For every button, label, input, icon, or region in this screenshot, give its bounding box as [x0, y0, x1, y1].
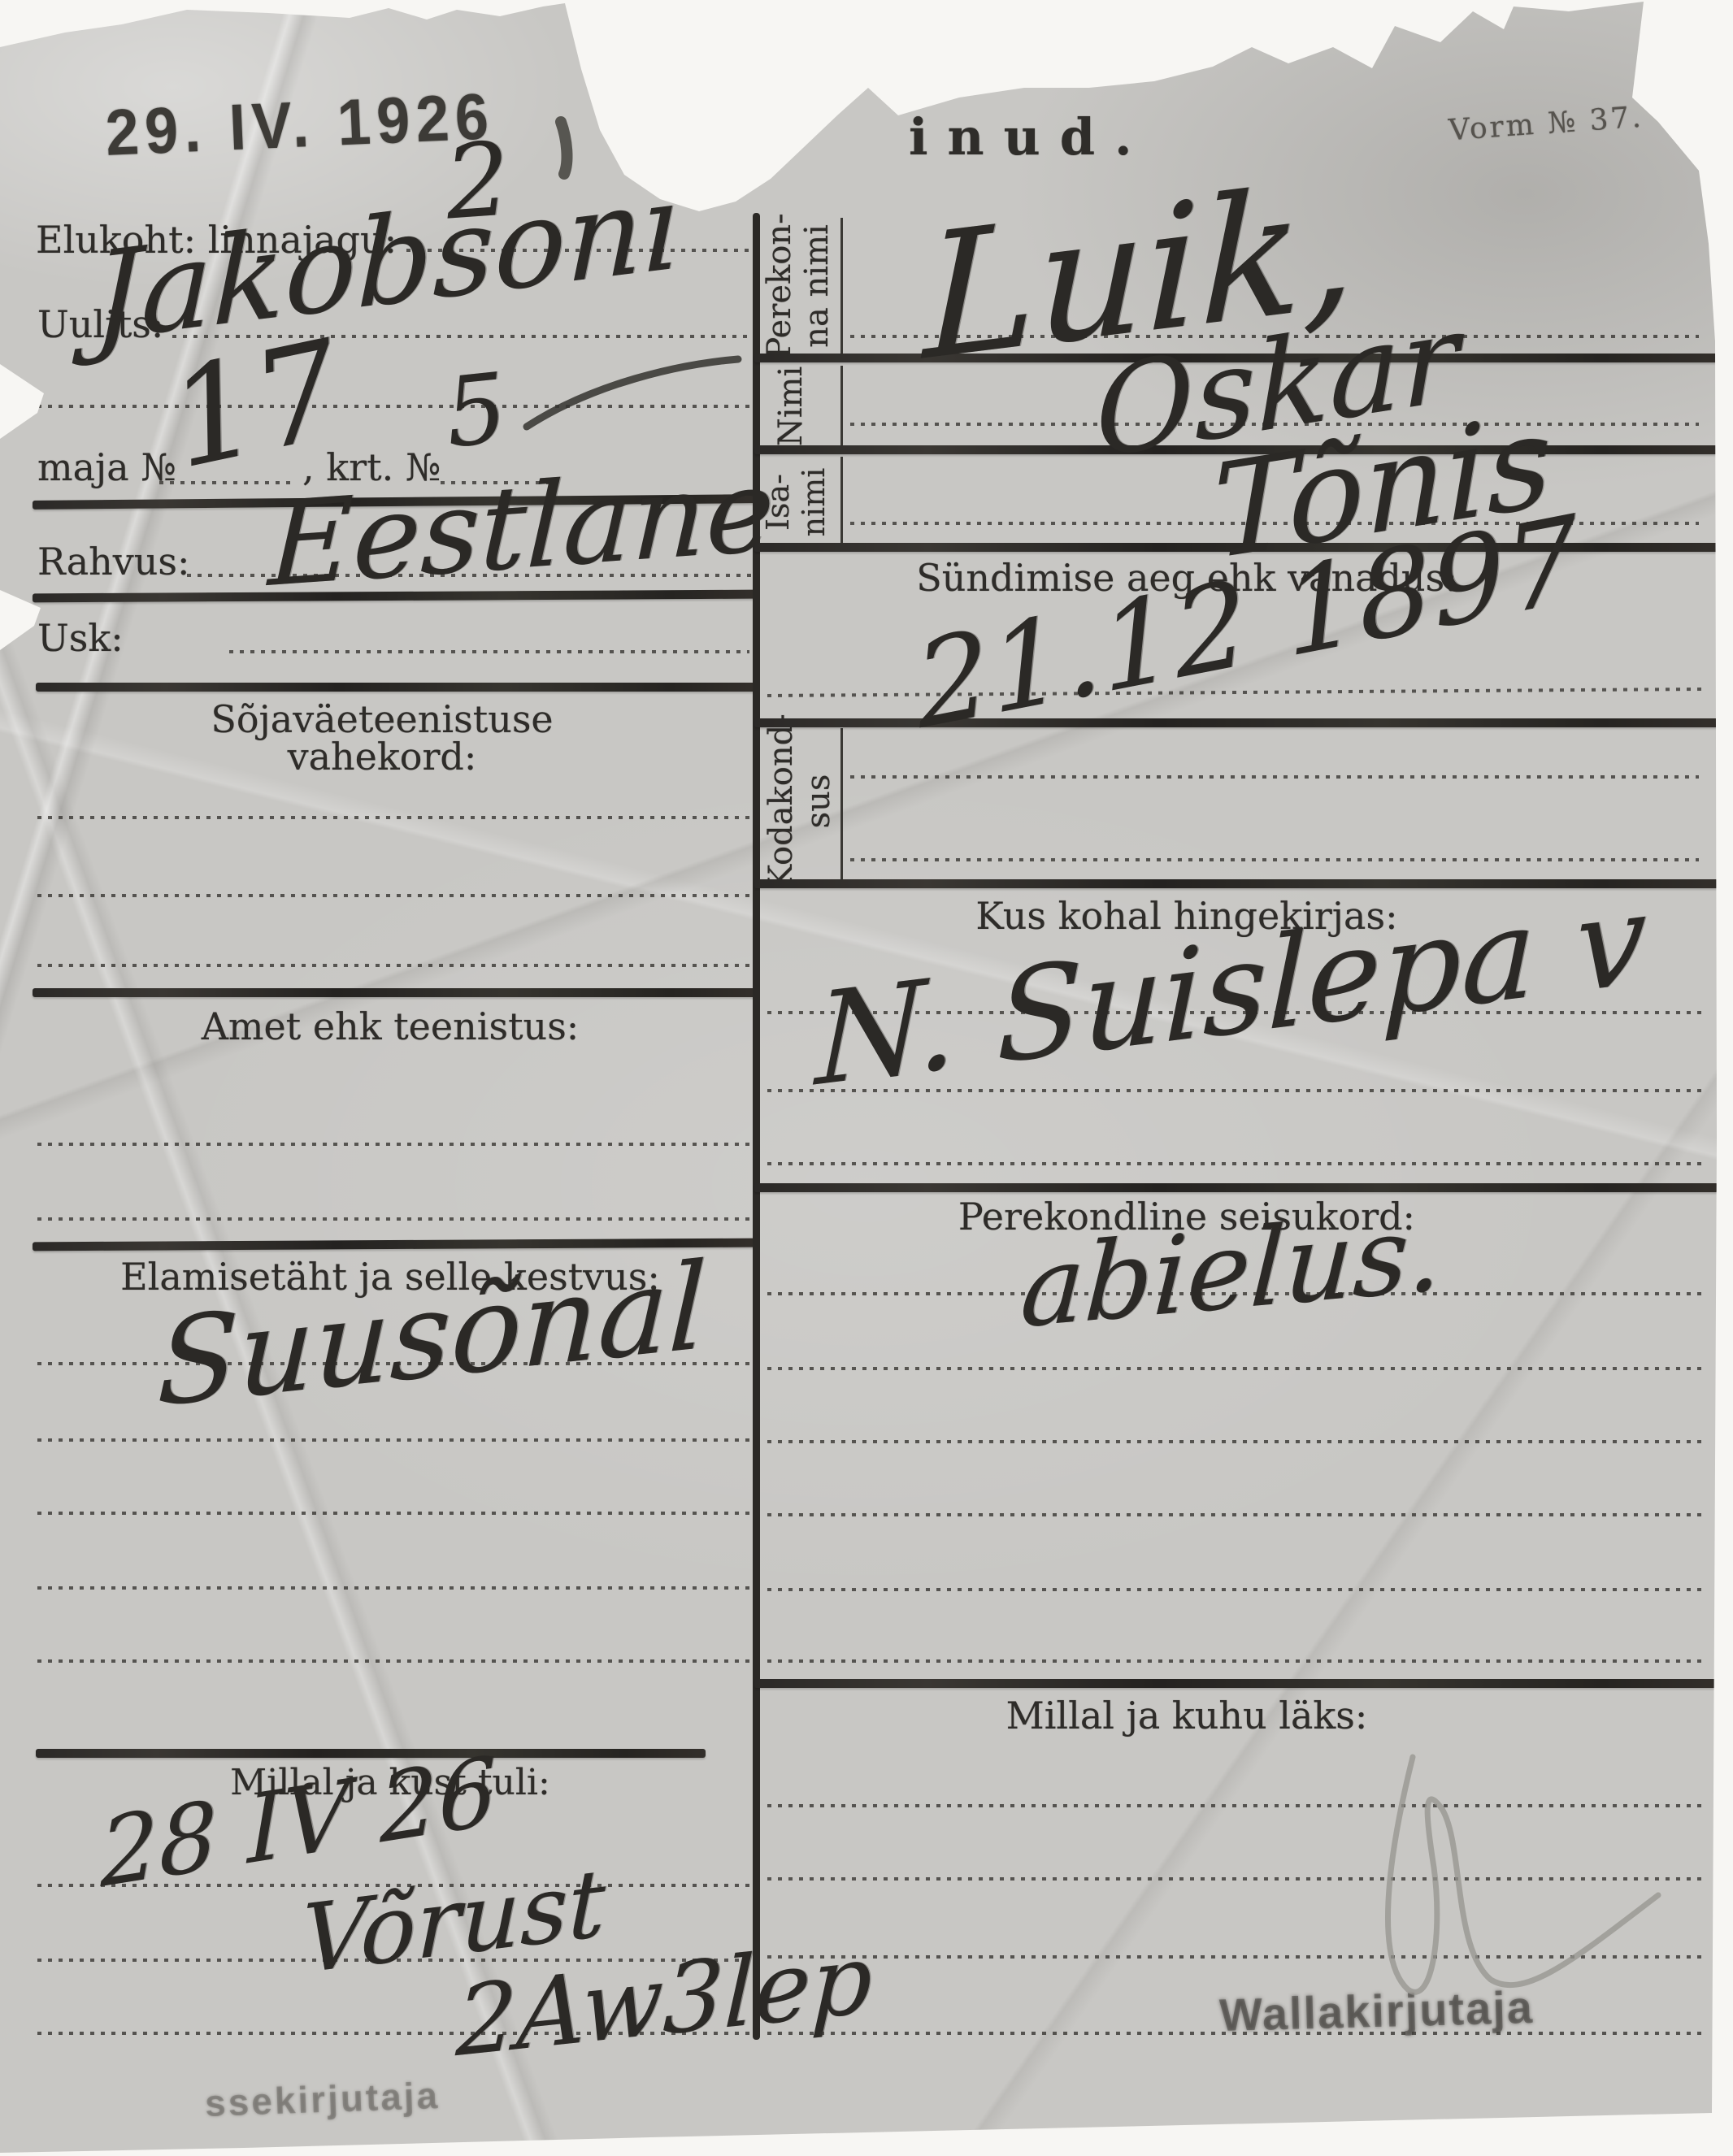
citizenship-label-line2: sus — [800, 708, 837, 895]
rule-line — [754, 1183, 1718, 1192]
rule-line — [33, 988, 758, 997]
date-stamp: 29. IV. 1926 — [104, 79, 496, 171]
nationality-label: Rahvus: — [37, 543, 189, 580]
dotted-line — [767, 1513, 1702, 1516]
torn-letter-fragment — [561, 122, 567, 174]
label-box-line — [840, 457, 843, 544]
occupation-section-label: Amet ehk teenistus: — [130, 1008, 650, 1045]
dotted-line — [850, 775, 1699, 779]
form-title-fragment: inud. — [909, 107, 1152, 167]
citizenship-label-line1: Kodakond- — [762, 708, 800, 895]
dotted-line — [229, 650, 749, 653]
dotted-line — [37, 964, 751, 967]
religion-label: Usk: — [37, 619, 124, 657]
rule-line — [754, 718, 1718, 727]
dotted-line — [767, 1440, 1702, 1443]
dotted-line — [767, 1877, 1702, 1881]
dotted-line — [37, 1143, 751, 1146]
apartment-number-flourish — [527, 359, 738, 427]
dotted-line — [767, 1659, 1702, 1663]
paper-sheet: 29. IV. 1926 inud. Vorm № 37. Elukoht: l… — [0, 0, 1733, 2156]
dotted-line — [767, 1162, 1702, 1165]
scanned-registration-card: 29. IV. 1926 inud. Vorm № 37. Elukoht: l… — [0, 0, 1733, 2156]
handwriting-nationality: Eestlane — [267, 458, 776, 598]
dotted-line — [37, 1512, 751, 1515]
military-section-label: Sõjaväeteenistuse vahekord: — [122, 701, 642, 775]
handwriting-street: Jakobsoni — [93, 171, 683, 353]
dotted-line — [37, 816, 751, 819]
dotted-line — [767, 1955, 1702, 1959]
dotted-line — [767, 1367, 1702, 1370]
dotted-line — [37, 894, 751, 897]
label-box-line — [840, 728, 843, 881]
dotted-line — [37, 1217, 751, 1221]
citizenship-label: Kodakond- sus — [762, 708, 840, 895]
dotted-line — [37, 1586, 751, 1590]
rule-line — [754, 1679, 1718, 1688]
parish-clerk-stamp: Wallakirjutaja — [1218, 1980, 1535, 2041]
handwriting-apartment-number: 5 — [441, 364, 511, 456]
dotted-line — [767, 1804, 1702, 1807]
dotted-line — [850, 858, 1699, 861]
dotted-line — [37, 1659, 751, 1663]
dotted-line — [767, 1588, 1702, 1591]
form-number: Vorm № 37. — [1448, 101, 1644, 148]
handwriting-house-number: 17 — [160, 328, 352, 482]
handwriting-marital-status: abielus. — [1019, 1204, 1445, 1338]
departure-label: Millal ja kuhu läks: — [943, 1697, 1431, 1734]
faint-clerk-stamp: ssekirjutaja — [204, 2073, 441, 2125]
column-divider — [753, 213, 760, 2040]
dotted-line — [37, 1438, 751, 1442]
dotted-line — [37, 405, 751, 408]
rule-line — [36, 683, 758, 692]
house-number-label: maja № — [37, 449, 176, 486]
